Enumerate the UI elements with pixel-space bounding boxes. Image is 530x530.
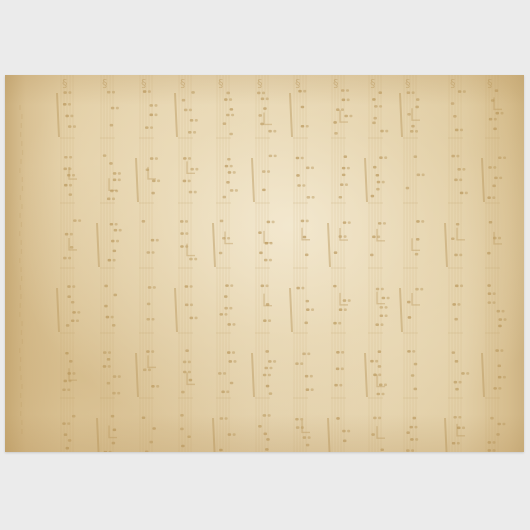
svg-text:§: §: [180, 77, 186, 90]
svg-text:§: §: [257, 77, 263, 90]
svg-text:§: §: [102, 77, 108, 90]
svg-text:§: §: [295, 77, 301, 90]
sheet-music-texture: §§§§§§§§§§§§: [5, 75, 524, 452]
svg-text:§: §: [487, 77, 493, 90]
sheet-music-paper: §§§§§§§§§§§§: [5, 75, 524, 452]
svg-text:§: §: [62, 77, 68, 90]
svg-text:§: §: [370, 77, 376, 90]
svg-text:§: §: [141, 77, 147, 90]
svg-text:§: §: [450, 77, 456, 90]
svg-text:§: §: [333, 77, 339, 90]
svg-text:§: §: [218, 77, 224, 90]
svg-text:§: §: [405, 77, 411, 90]
